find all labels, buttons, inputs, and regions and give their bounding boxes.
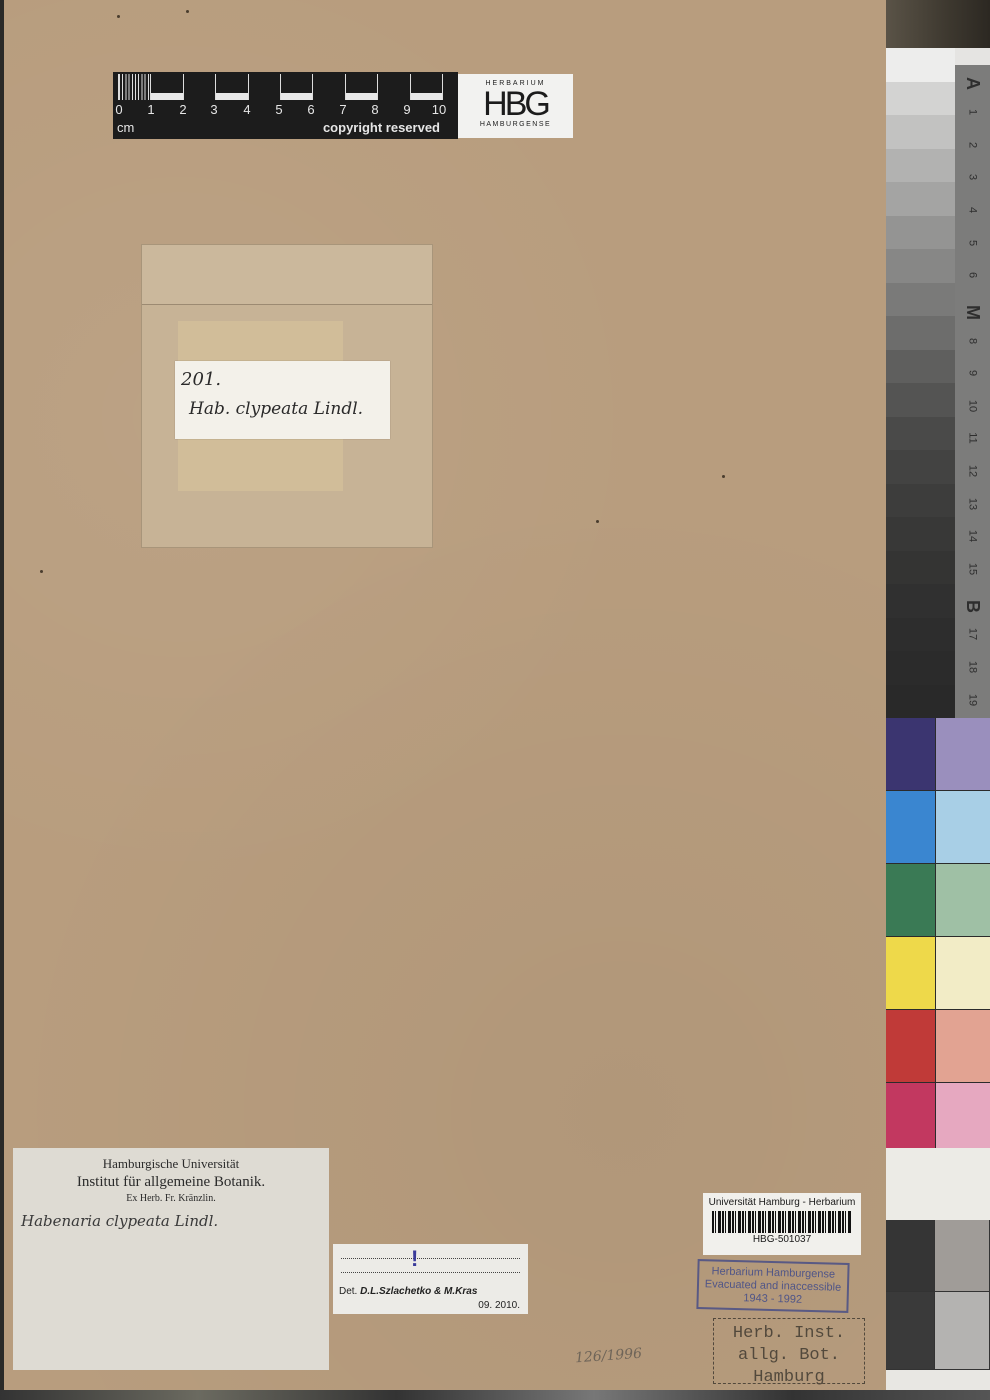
stamp-line: Hamburg xyxy=(714,1367,864,1389)
gray-label: 8 xyxy=(967,323,979,358)
gray-patch xyxy=(886,82,955,116)
copyright-text: copyright reserved xyxy=(323,120,440,135)
hbg-logo: HERBARIUM HBG HAMBURGENSE xyxy=(458,74,573,138)
color-patch xyxy=(886,864,936,936)
dotted-line xyxy=(341,1272,520,1273)
barcode xyxy=(712,1211,852,1233)
gray-label: 14 xyxy=(967,519,979,554)
institution-label: Hamburgische Universität Institut für al… xyxy=(13,1148,329,1370)
gray-patch xyxy=(886,316,955,350)
gray-patch xyxy=(886,450,955,484)
gray-label: 19 xyxy=(967,682,979,717)
gray-label: 10 xyxy=(967,388,979,423)
gray-patch xyxy=(886,651,955,685)
gray-scale-strip xyxy=(886,48,955,718)
gray-patch xyxy=(886,417,955,451)
dark-patches xyxy=(886,1220,990,1370)
color-row xyxy=(886,937,990,1010)
scale-ticks xyxy=(118,74,443,100)
dotted-line xyxy=(341,1258,520,1259)
gray-label: 15 xyxy=(967,552,979,587)
white-patch xyxy=(886,1148,990,1221)
scale-num: 6 xyxy=(307,102,314,117)
color-row xyxy=(886,1010,990,1083)
gray-patch xyxy=(886,48,955,82)
handwritten-taxon: Habenaria clypeata Lindl. xyxy=(21,1212,218,1230)
speck xyxy=(186,10,189,13)
gray-label: 12 xyxy=(967,454,979,489)
gray-patch xyxy=(886,618,955,652)
det-prefix: Det. xyxy=(339,1286,357,1297)
color-row xyxy=(886,791,990,864)
scale-num: 1 xyxy=(147,102,154,117)
color-patch xyxy=(886,718,936,790)
dark-patch xyxy=(935,1292,990,1370)
scale-numbers: 0 1 2 3 4 5 6 7 8 9 10 xyxy=(113,102,458,118)
gray-label: 4 xyxy=(967,192,979,227)
gray-patch xyxy=(886,350,955,384)
determiner-line: Det. D.L.Szlachetko & M.Kras xyxy=(339,1286,477,1297)
gray-patch xyxy=(886,249,955,283)
gray-label: 17 xyxy=(967,617,979,652)
card-bottom-white xyxy=(886,1370,990,1390)
gray-scale-labels: A123456M89101112131415B171819 xyxy=(955,65,990,718)
gray-patch xyxy=(886,149,955,183)
scale-bar: 0 1 2 3 4 5 6 7 8 9 10 cm copyright rese… xyxy=(113,72,458,139)
speck xyxy=(117,15,120,18)
logo-mark: HBG xyxy=(458,87,573,121)
color-patch xyxy=(936,937,990,1009)
scale-num: 5 xyxy=(275,102,282,117)
scale-num: 3 xyxy=(210,102,217,117)
gray-label: 1 xyxy=(967,94,979,129)
color-patch xyxy=(886,937,936,1009)
gray-label: 11 xyxy=(967,421,979,456)
speck xyxy=(722,475,725,478)
confirmation-mark: ! xyxy=(411,1248,418,1270)
color-row xyxy=(886,864,990,937)
gray-label: 9 xyxy=(967,356,979,391)
gray-label: 18 xyxy=(967,650,979,685)
gray-patch xyxy=(886,551,955,585)
gray-label: 6 xyxy=(967,258,979,293)
institution-line1: Hamburgische Universität xyxy=(13,1156,329,1172)
institute-stamp: Herb. Inst. allg. Bot. Hamburg xyxy=(713,1318,865,1384)
scale-unit: cm xyxy=(117,120,134,135)
barcode-label: Universität Hamburg - Herbarium HBG-5010… xyxy=(703,1193,861,1255)
scale-num: 2 xyxy=(179,102,186,117)
gray-patch xyxy=(886,584,955,618)
speck xyxy=(596,520,599,523)
scale-num: 10 xyxy=(432,102,446,117)
gray-patch xyxy=(886,685,955,719)
gray-label: 2 xyxy=(967,127,979,162)
scale-num: 0 xyxy=(115,102,122,117)
gray-patch xyxy=(886,383,955,417)
color-patch xyxy=(886,791,936,863)
institution-line2: Institut für allgemeine Botanik. xyxy=(13,1174,329,1191)
color-checker xyxy=(886,718,990,1156)
gray-patch xyxy=(886,182,955,216)
envelope-number: 201. xyxy=(181,369,221,390)
dark-patch xyxy=(935,1220,990,1292)
color-patch xyxy=(936,1083,990,1155)
determiners: D.L.Szlachetko & M.Kras xyxy=(360,1286,477,1297)
gray-patch xyxy=(886,283,955,317)
envelope-label: 201. Hab. clypeata Lindl. xyxy=(175,361,390,439)
scale-num: 8 xyxy=(371,102,378,117)
barcode-title: Universität Hamburg - Herbarium xyxy=(703,1197,861,1208)
dark-patch xyxy=(886,1220,935,1292)
institution-line3: Ex Herb. Fr. Kränzlin. xyxy=(13,1193,329,1204)
gray-patch xyxy=(886,517,955,551)
color-patch xyxy=(936,864,990,936)
color-patch xyxy=(886,1010,936,1082)
gray-patch xyxy=(886,115,955,149)
background-edge xyxy=(0,1390,990,1400)
color-patch xyxy=(936,1010,990,1082)
specimen-envelope: 201. Hab. clypeata Lindl. xyxy=(141,244,433,548)
scale-num: 4 xyxy=(243,102,250,117)
envelope-taxon: Hab. clypeata Lindl. xyxy=(189,399,363,419)
color-patch xyxy=(936,718,990,790)
gray-patch xyxy=(886,216,955,250)
evacuation-stamp: Herbarium Hamburgense Evacuated and inac… xyxy=(696,1259,849,1313)
color-patch xyxy=(936,791,990,863)
scale-num: 9 xyxy=(403,102,410,117)
card-holder xyxy=(886,0,990,48)
stamp-line: Herb. Inst. allg. Bot. xyxy=(714,1323,864,1367)
logo-bottom-text: HAMBURGENSE xyxy=(458,121,573,128)
color-row xyxy=(886,718,990,791)
dark-patch xyxy=(886,1292,935,1370)
barcode-id: HBG-501037 xyxy=(703,1234,861,1245)
gray-label: 13 xyxy=(967,486,979,521)
gray-label: 3 xyxy=(967,160,979,195)
color-patch xyxy=(886,1083,936,1155)
speck xyxy=(40,570,43,573)
determination-label: ! Det. D.L.Szlachetko & M.Kras 09. 2010. xyxy=(333,1244,528,1314)
scale-num: 7 xyxy=(339,102,346,117)
gray-label: 5 xyxy=(967,225,979,260)
color-row xyxy=(886,1083,990,1156)
det-date: 09. 2010. xyxy=(478,1300,520,1311)
gray-patch xyxy=(886,484,955,518)
envelope-flap xyxy=(142,245,432,305)
